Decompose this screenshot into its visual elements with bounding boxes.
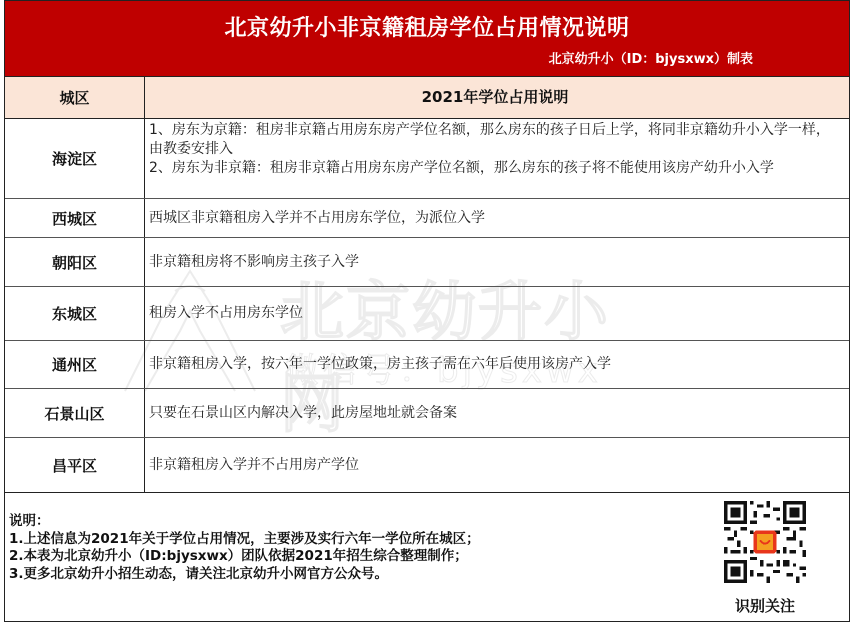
table-row: 昌平区 非京籍租房入学并不占用房产学位 (5, 438, 849, 493)
qr-caption: 识别关注 (723, 595, 807, 616)
table-header-row: 城区 2021年学位占用说明 (5, 77, 849, 119)
qr-code-icon[interactable] (724, 501, 806, 583)
description-cell: 非京籍租房入学，按六年一学位政策，房主孩子需在六年后使用该房产入学 (145, 341, 849, 388)
table-row: 通州区 非京籍租房入学，按六年一学位政策，房主孩子需在六年后使用该房产入学 (5, 341, 849, 389)
district-cell: 朝阳区 (5, 238, 145, 286)
table-row: 朝阳区 非京籍租房将不影响房主孩子入学 (5, 238, 849, 287)
column-header-description: 2021年学位占用说明 (145, 77, 849, 118)
document-frame: 北京幼升小非京籍租房学位占用情况说明 北京幼升小（ID：bjysxwx）制表 北… (4, 0, 850, 622)
description-cell: 1、房东为京籍：租房非京籍占用房东房产学位名额，那么房东的孩子日后上学，将同非京… (145, 119, 849, 198)
district-cell: 海淀区 (5, 119, 145, 198)
table-row: 东城区 租房入学不占用房东学位 (5, 287, 849, 341)
title-bar: 北京幼升小非京籍租房学位占用情况说明 北京幼升小（ID：bjysxwx）制表 (5, 1, 849, 77)
district-cell: 东城区 (5, 287, 145, 340)
notes-heading: 说明： (9, 513, 480, 531)
qr-block: 识别关注 (723, 501, 807, 616)
note-item: 2.本表为北京幼升小（ID:bjysxwx）团队依据2021年招生综合整理制作； (9, 548, 480, 566)
district-cell: 石景山区 (5, 389, 145, 437)
note-item: 3.更多北京幼升小招生动态，请关注北京幼升小网官方公众号。 (9, 566, 480, 584)
table-row: 石景山区 只要在石景山区内解决入学，此房屋地址就会备案 (5, 389, 849, 438)
description-line: 2、房东为非京籍：租房非京籍占用房东房产学位名额，那么房东的孩子将不能使用该房产… (149, 159, 841, 178)
notes-section: 说明： 1.上述信息为2021年关于学位占用情况，主要涉及实行六年一学位所在城区… (5, 493, 849, 621)
note-item: 1.上述信息为2021年关于学位占用情况，主要涉及实行六年一学位所在城区； (9, 531, 480, 549)
district-cell: 通州区 (5, 341, 145, 388)
district-cell: 昌平区 (5, 438, 145, 492)
description-cell: 西城区非京籍租房入学并不占用房东学位，为派位入学 (145, 199, 849, 237)
page-subtitle: 北京幼升小（ID：bjysxwx）制表 (549, 48, 753, 67)
column-header-district: 城区 (5, 77, 145, 118)
page-title: 北京幼升小非京籍租房学位占用情况说明 (5, 11, 849, 42)
description-line: 1、房东为京籍：租房非京籍占用房东房产学位名额，那么房东的孩子日后上学，将同非京… (149, 121, 841, 159)
description-cell: 非京籍租房入学并不占用房产学位 (145, 438, 849, 492)
description-cell: 租房入学不占用房东学位 (145, 287, 849, 340)
description-cell: 非京籍租房将不影响房主孩子入学 (145, 238, 849, 286)
notes-text: 说明： 1.上述信息为2021年关于学位占用情况，主要涉及实行六年一学位所在城区… (9, 513, 480, 583)
table-row: 西城区 西城区非京籍租房入学并不占用房东学位，为派位入学 (5, 199, 849, 238)
district-cell: 西城区 (5, 199, 145, 237)
table-row: 海淀区 1、房东为京籍：租房非京籍占用房东房产学位名额，那么房东的孩子日后上学，… (5, 119, 849, 199)
description-cell: 只要在石景山区内解决入学，此房屋地址就会备案 (145, 389, 849, 437)
